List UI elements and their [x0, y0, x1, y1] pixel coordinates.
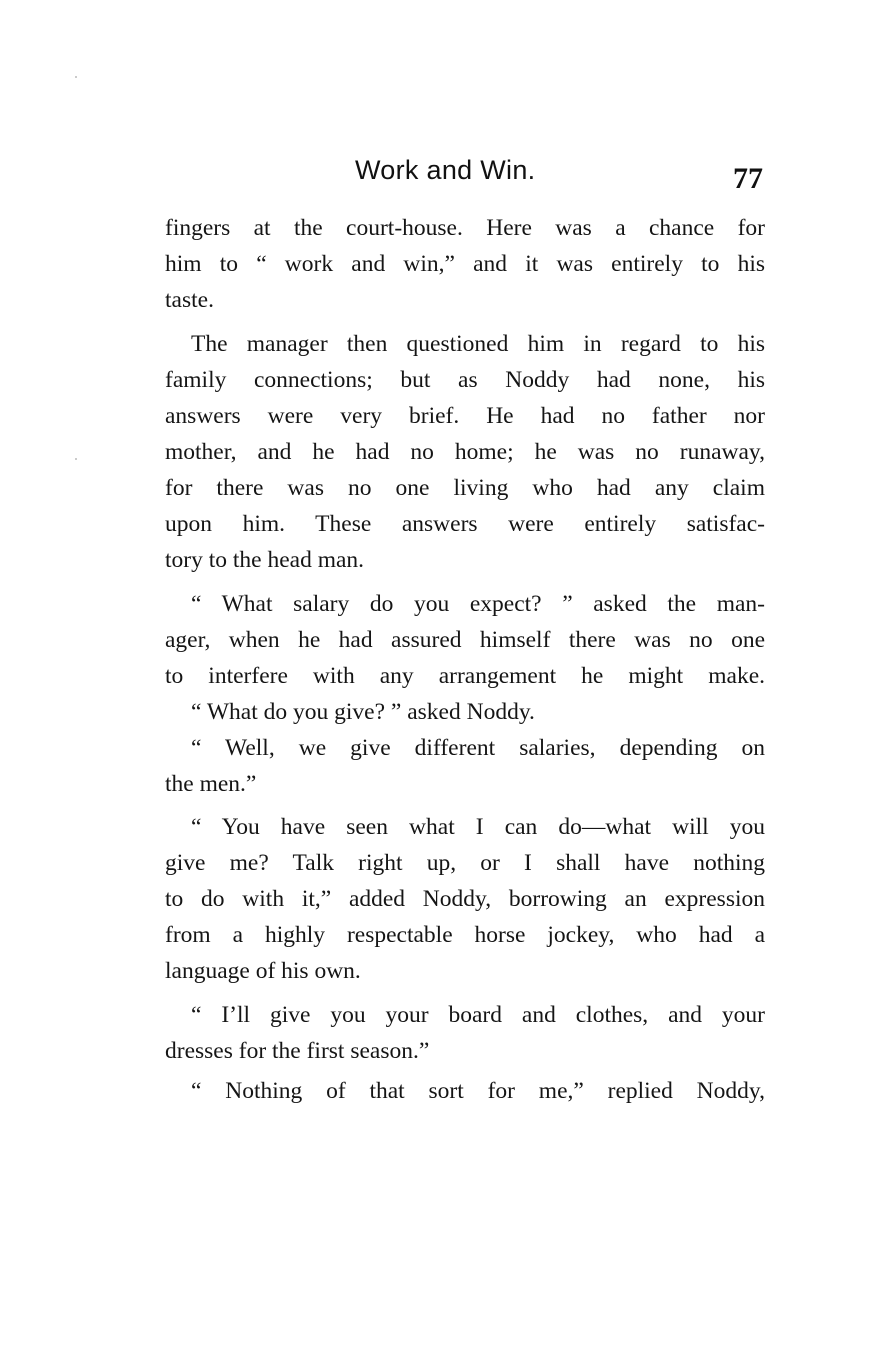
- text-line: “ What do you give? ” asked Noddy.: [191, 698, 765, 726]
- text-line: “ I’ll give you your board and clothes, …: [191, 1001, 765, 1029]
- text-line: to do with it,” added Noddy, borrowing a…: [165, 885, 765, 913]
- text-line: “ What salary do you expect? ” asked the…: [191, 590, 765, 618]
- scan-speck: [75, 458, 77, 460]
- text-line: the men.”: [165, 770, 765, 798]
- text-line: him to “ work and win,” and it was entir…: [165, 250, 765, 278]
- text-line: The manager then questioned him in regar…: [191, 330, 765, 358]
- text-line: tory to the head man.: [165, 546, 765, 574]
- text-line: taste.: [165, 286, 765, 314]
- text-line: “ Well, we give different salaries, depe…: [191, 734, 765, 762]
- text-line: fingers at the court-house. Here was a c…: [165, 214, 765, 242]
- scan-speck: [75, 76, 77, 78]
- text-line: give me? Talk right up, or I shall have …: [165, 849, 765, 877]
- text-line: “ You have seen what I can do—what will …: [191, 813, 765, 841]
- text-line: ager, when he had assured himself there …: [165, 626, 765, 654]
- page-number: 77: [733, 162, 763, 196]
- text-line: for there was no one living who had any …: [165, 474, 765, 502]
- text-line: language of his own.: [165, 957, 765, 985]
- text-line: mother, and he had no home; he was no ru…: [165, 438, 765, 466]
- book-page: Work and Win. 77 fingers at the court-ho…: [0, 0, 883, 1360]
- text-line: family connections; but as Noddy had non…: [165, 366, 765, 394]
- text-line: “ Nothing of that sort for me,” replied …: [191, 1077, 765, 1105]
- text-line: answers were very brief. He had no fathe…: [165, 402, 765, 430]
- text-line: from a highly respectable horse jockey, …: [165, 921, 765, 949]
- text-line: to interfere with any arrangement he mig…: [165, 662, 765, 690]
- running-header-title: Work and Win.: [355, 155, 535, 186]
- text-line: upon him. These answers were entirely sa…: [165, 510, 765, 538]
- text-line: dresses for the first season.”: [165, 1037, 765, 1065]
